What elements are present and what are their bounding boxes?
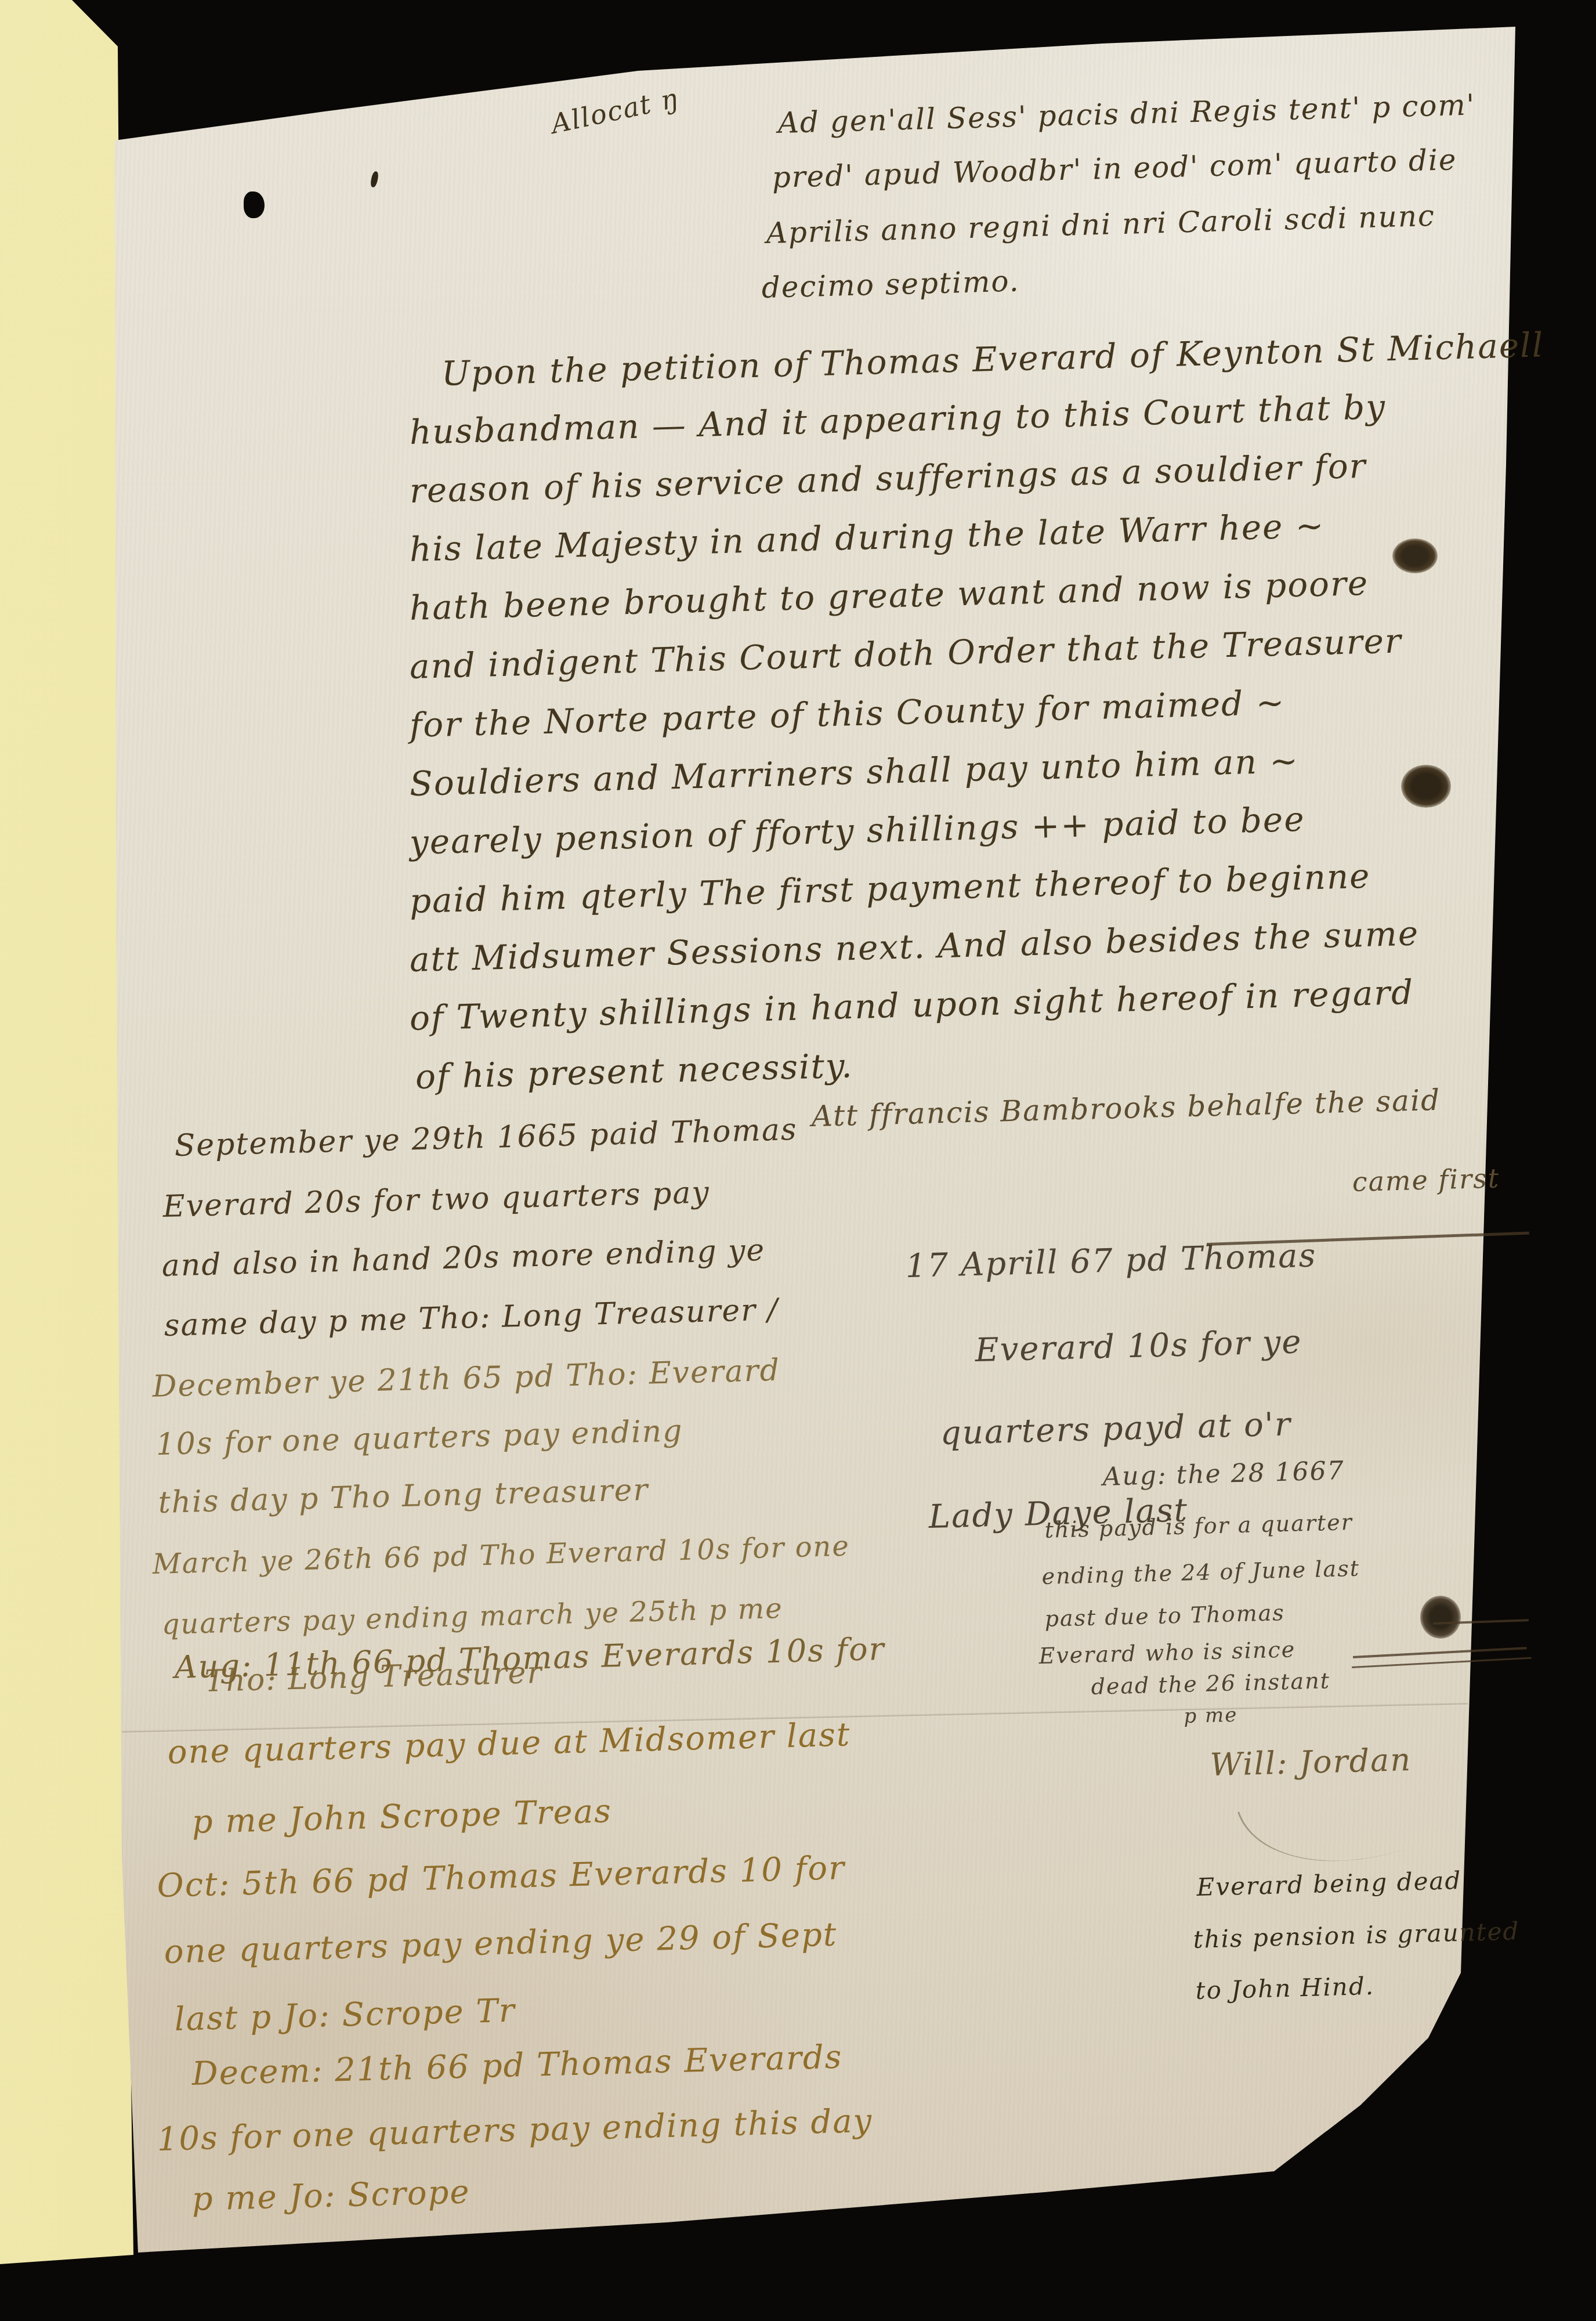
margin-note-line: to John Hind. [1195,1972,1375,2005]
paper-hole [244,191,265,218]
ink-blot [1392,538,1438,573]
treasurer-signature: Will: Jordan [1210,1741,1412,1783]
ink-smudge [1420,1596,1461,1639]
ledger-entry-line: p me Jo: Scrope [191,2173,471,2218]
latin-heading-line: decimo septimo. [761,264,1020,305]
ink-blot [1401,765,1451,808]
august-note-line: p me [1184,1704,1238,1728]
august-note-line: Aug: the 28 1667 [1102,1456,1345,1492]
right-column-header-line: came first [1352,1162,1500,1198]
photograph-background: { "colors":{ "background":"#0a0806", "fl… [0,0,1596,2321]
